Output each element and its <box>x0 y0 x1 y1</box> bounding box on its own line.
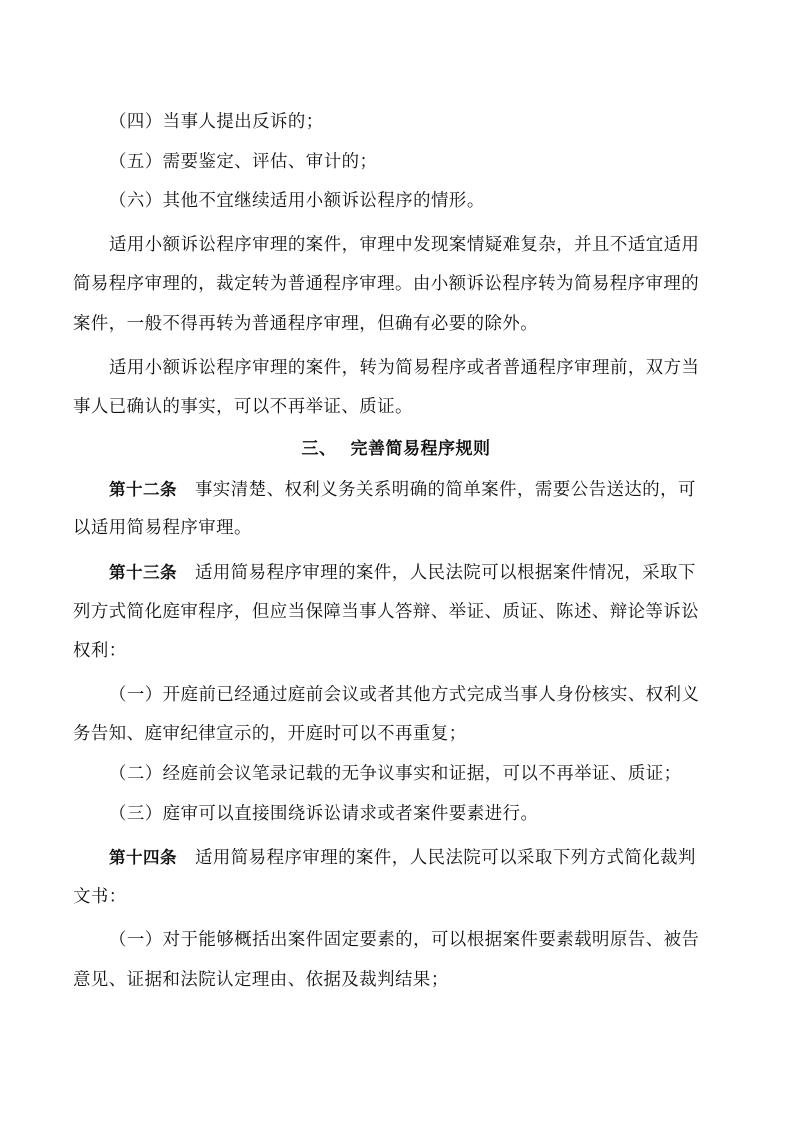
section-title: 完善简易程序规则 <box>351 439 491 459</box>
article-text: 事实清楚、权利义务关系明确的简单案件，需要公告送达的，可 <box>195 480 696 500</box>
section-heading: 三、完善简易程序规则 <box>73 428 719 470</box>
paragraph-conversion: 适用小额诉讼程序审理的案件，审理中发现案情疑难复杂，并且不适宜适用 简易程序审理… <box>73 226 719 345</box>
article-text: 适用简易程序审理的案件，人民法院可以采取下列方式简化裁判 <box>195 848 696 868</box>
paragraph-line: 适用小额诉讼程序审理的案件，审理中发现案情疑难复杂，并且不适宜适用 <box>73 226 719 266</box>
paragraph-confirmed-facts: 适用小额诉讼程序审理的案件，转为简易程序或者普通程序审理前，双方当 事人已确认的… <box>73 349 719 428</box>
article-line: 文书： <box>73 878 719 918</box>
article-text: 适用简易程序审理的案件，人民法院可以根据案件情况，采取下 <box>195 563 696 583</box>
list-item-3: （三）庭审可以直接围绕诉讼请求或者案件要素进行。 <box>73 795 719 835</box>
article-line: 列方式简化庭审程序，但应当保障当事人答辩、举证、质证、陈述、辩论等诉讼 <box>73 593 719 633</box>
list-item-1-cont: 务告知、庭审纪律宣示的，开庭时可以不再重复； <box>73 715 719 755</box>
paragraph-line: 案件，一般不得再转为普通程序审理，但确有必要的除外。 <box>73 305 719 345</box>
list-item-1: （一）对于能够概括出案件固定要素的，可以根据案件要素载明原告、被告 <box>73 921 719 961</box>
section-number: 三、 <box>302 439 337 459</box>
paragraph-line: 简易程序审理的，裁定转为普通程序审理。由小额诉讼程序转为简易程序审理的 <box>73 265 719 305</box>
article-label: 第十二条 <box>109 480 177 499</box>
article-line: 以适用简易程序审理。 <box>73 509 719 549</box>
list-item-5: （五）需要鉴定、评估、审计的； <box>73 143 719 183</box>
article-12: 第十二条事实清楚、权利义务关系明确的简单案件，需要公告送达的，可 以适用简易程序… <box>73 470 719 549</box>
list-item-1-cont: 意见、证据和法院认定理由、依据及裁判结果； <box>73 961 719 1001</box>
paragraph-line: 适用小额诉讼程序审理的案件，转为简易程序或者普通程序审理前，双方当 <box>73 349 719 389</box>
article-13: 第十三条适用简易程序审理的案件，人民法院可以根据案件情况，采取下 列方式简化庭审… <box>73 553 719 834</box>
list-item-1: （一）开庭前已经通过庭前会议或者其他方式完成当事人身份核实、权利义 <box>73 676 719 716</box>
list-item-6: （六）其他不宜继续适用小额诉讼程序的情形。 <box>73 182 719 222</box>
article-label: 第十四条 <box>109 848 177 867</box>
list-item-4: （四）当事人提出反诉的； <box>73 103 719 143</box>
article-14: 第十四条适用简易程序审理的案件，人民法院可以采取下列方式简化裁判 文书： （一）… <box>73 838 719 1000</box>
paragraph-line: 事人已确认的事实，可以不再举证、质证。 <box>73 388 719 428</box>
list-item-2: （二）经庭前会议笔录记载的无争议事实和证据，可以不再举证、质证； <box>73 755 719 795</box>
article-line: 权利： <box>73 632 719 672</box>
document-page: （四）当事人提出反诉的； （五）需要鉴定、评估、审计的； （六）其他不宜继续适用… <box>73 103 719 1000</box>
article-label: 第十三条 <box>109 563 177 582</box>
